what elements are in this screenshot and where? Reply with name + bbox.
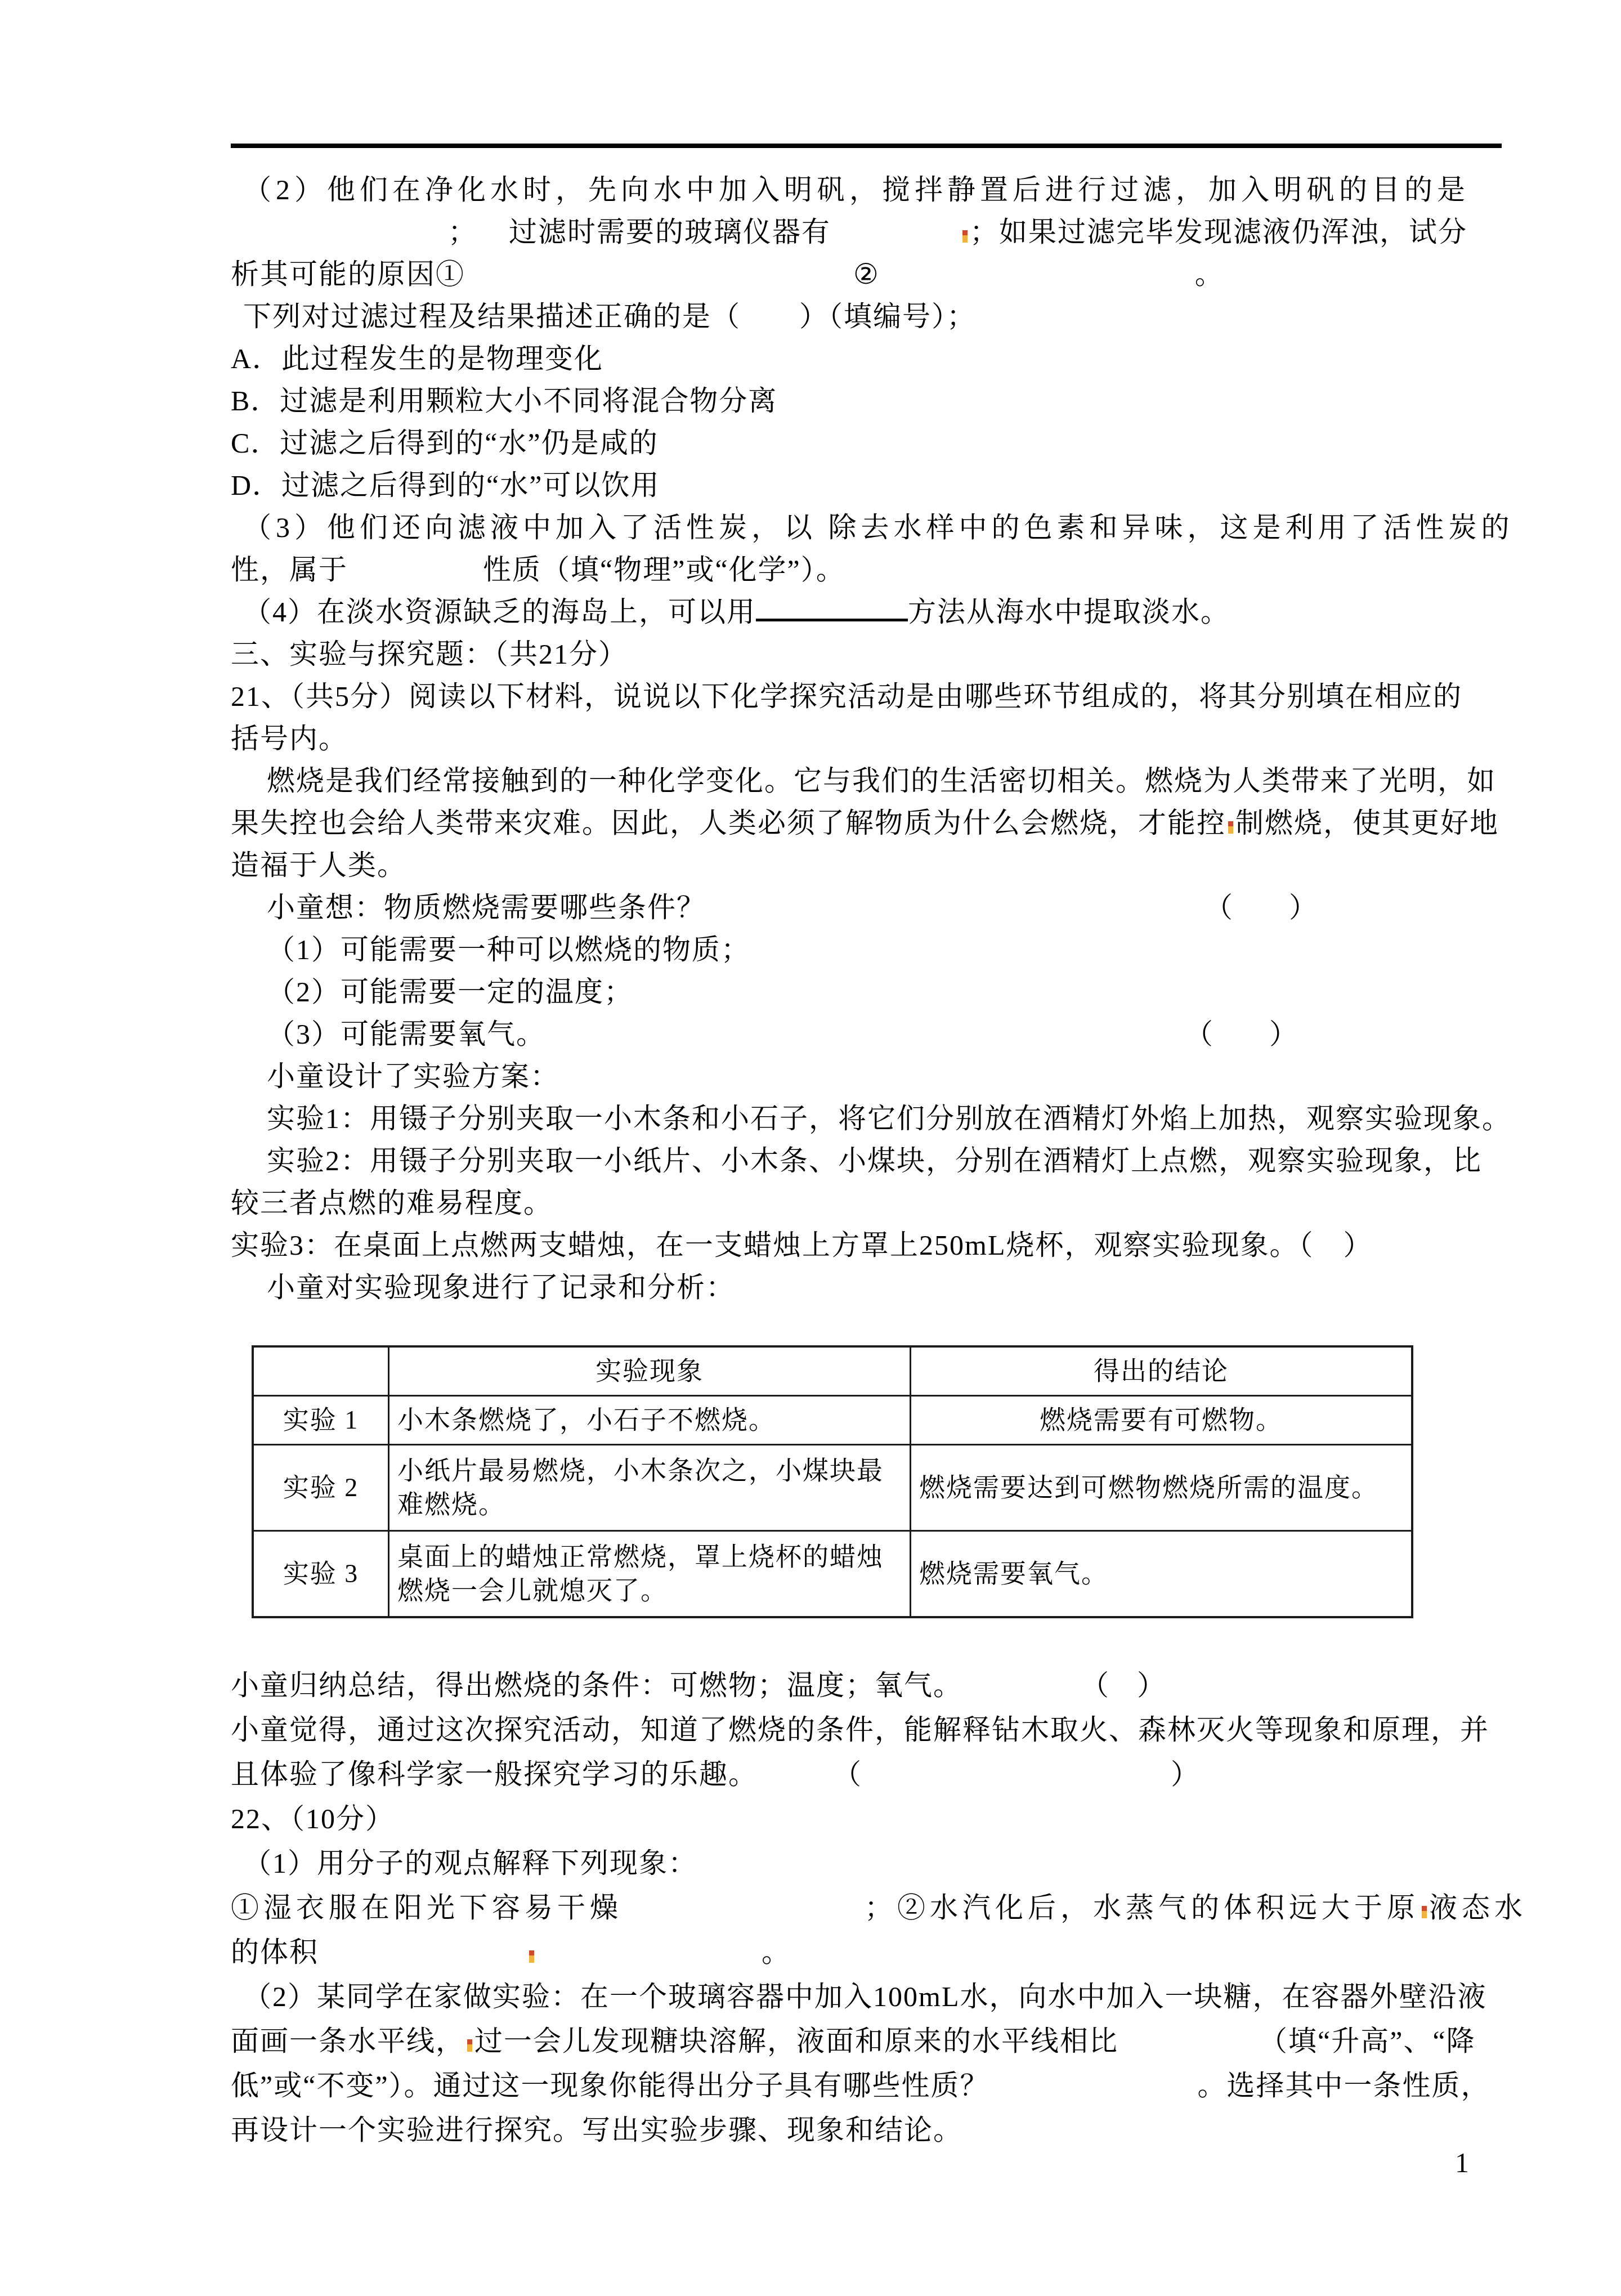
text: ②: [853, 258, 880, 290]
text: 性质（填“物理”或“化学”）。: [483, 554, 845, 585]
text: 实验3：在桌面上点燃两支蜡烛，在一支蜡烛上方罩上250mL烧杯，观察实验现象。（…: [231, 1229, 1372, 1261]
line-q3-intro: （3）他们还向滤液中加入了活性炭，以 除去水样中的色素和异味，这是利用了活性炭的: [231, 507, 1502, 549]
fill-in-blank: [623, 1910, 865, 1917]
line-reflection-1: 小童觉得，通过这次探究活动，知道了燃烧的条件，能解释钻木取火、森林灭火等现象和原…: [231, 1708, 1502, 1752]
table-header-empty: [253, 1346, 389, 1396]
text: C．过滤之后得到的“水”仍是咸的: [231, 427, 659, 459]
fill-in-blank: [465, 277, 853, 284]
fill-in-blank: [1118, 2044, 1259, 2051]
fill-in-blank: [319, 1955, 527, 1962]
text: 实验2：用镊子分别夹取一小纸片、小木条、小煤块，分别在酒精灯上点燃，观察实验现象…: [267, 1145, 1482, 1176]
text: D．过滤之后得到的“水”可以饮用: [231, 469, 660, 501]
line-hypothesis-2: （2）可能需要一定的温度；: [231, 971, 1502, 1013]
line-passage-1: 燃烧是我们经常接触到的一种化学变化。它与我们的生活密切相关。燃烧为人类带来了光明…: [231, 760, 1502, 802]
text: ；如果过滤完毕发现滤液仍浑浊，试分: [970, 216, 1467, 248]
text: 析其可能的原因①: [231, 258, 465, 290]
answer-paren: （ ）: [1185, 1013, 1297, 1055]
table-cell-label: 实验 3: [253, 1531, 389, 1618]
text: 再设计一个实验进行探究。写出实验步骤、现象和结论。: [231, 2114, 962, 2146]
line-hypothesis-1: （1）可能需要一种可以燃烧的物质；: [231, 929, 1502, 971]
text: 。: [762, 1936, 791, 1968]
line-passage-2: 果失控也会给人类带来灾难。因此，人类必须了解物质为什么会燃烧，才能控制燃烧，使其…: [231, 802, 1502, 844]
text: 实验1：用镊子分别夹取一小木条和小石子，将它们分别放在酒精灯外焰上加热，观察实验…: [267, 1103, 1511, 1134]
text: （3）可能需要氧气。: [267, 1018, 545, 1050]
line-experiment-1: 实验1：用镊子分别夹取一小木条和小石子，将它们分别放在酒精灯外焰上加热，观察实验…: [231, 1098, 1502, 1140]
table-cell-conclusion: 燃烧需要有可燃物。: [911, 1396, 1413, 1445]
line-section-3-heading: 三、实验与探究题：（共21分）: [231, 633, 1502, 675]
artifact-mark: [529, 1950, 534, 1963]
line-question-think: 小童想：物质燃烧需要哪些条件？（ ）: [231, 887, 1502, 929]
line-q2-blanks: ；过滤时需要的玻璃仪器有；如果过滤完毕发现滤液仍浑浊，试分: [231, 211, 1502, 253]
line-option-b: B．过滤是利用颗粒大小不同将混合物分离: [231, 380, 1502, 422]
text: A．此过程发生的是物理变化: [231, 343, 603, 374]
line-q21-intro: 21、（共5分）阅读以下材料，说说以下化学探究活动是由哪些环节组成的，将其分别填…: [231, 675, 1502, 718]
text: 。选择其中一条性质，: [1198, 2070, 1490, 2101]
line-experiment-3: 实验3：在桌面上点燃两支蜡烛，在一支蜡烛上方罩上250mL烧杯，观察实验现象。（…: [231, 1224, 1502, 1266]
document-page: （2）他们在净化水时，先向水中加入明矾，搅拌静置后进行过滤，加入明矾的目的是 ；…: [0, 0, 1621, 2296]
answer-paren: （ ）: [1204, 887, 1317, 929]
text: 22、（10分）: [231, 1803, 395, 1834]
text: 小童想：物质燃烧需要哪些条件？: [267, 892, 706, 923]
artifact-mark: [1422, 1906, 1427, 1918]
table-cell-phenomenon: 小木条燃烧了，小石子不燃烧。: [389, 1396, 911, 1445]
table-cell-conclusion: 燃烧需要达到可燃物燃烧所需的温度。: [911, 1445, 1413, 1531]
fill-in-blank: [536, 1955, 762, 1962]
fill-in-blank: [348, 572, 483, 579]
table-cell-label: 实验 1: [253, 1396, 389, 1445]
text: 括号内。: [231, 723, 348, 754]
line-q21-intro-2: 括号内。: [231, 718, 1502, 760]
text: 面画一条水平线，: [231, 2025, 465, 2057]
table-header-row: 实验现象 得出的结论: [253, 1346, 1412, 1396]
line-record-intro: 小童对实验现象进行了记录和分析：: [231, 1266, 1502, 1309]
line-q22-2-intro: （2）某同学在家做实验：在一个玻璃容器中加入100mL水，向水中加入一块糖，在容…: [231, 1975, 1502, 2019]
line-passage-3: 造福于人类。: [231, 844, 1502, 887]
line-experiment-2: 实验2：用镊子分别夹取一小纸片、小木条、小煤块，分别在酒精灯上点燃，观察实验现象…: [231, 1140, 1502, 1182]
text: 三、实验与探究题：（共21分）: [231, 638, 628, 670]
line-q22-1-cont: 的体积。: [231, 1930, 1502, 1975]
table-cell-phenomenon: 小纸片最易燃烧，小木条次之，小煤块最难燃烧。: [389, 1445, 911, 1531]
line-q3-blank: 性，属于性质（填“物理”或“化学”）。: [231, 549, 1502, 591]
text: ；: [448, 216, 477, 248]
fill-in-blank: [880, 277, 1195, 284]
line-experiment-2-cont: 较三者点燃的难易程度。: [231, 1182, 1502, 1224]
spacer: [477, 235, 509, 241]
text: 且体验了像科学家一般探究学习的乐趣。: [231, 1758, 758, 1790]
line-hypothesis-3: （3）可能需要氧气。（ ）: [231, 1013, 1502, 1055]
text: 过滤时需要的玻璃仪器有: [509, 216, 831, 248]
line-option-c: C．过滤之后得到的“水”仍是咸的: [231, 422, 1502, 464]
table-row: 实验 1 小木条燃烧了，小石子不燃烧。 燃烧需要有可燃物。: [253, 1396, 1412, 1445]
text: （1）用分子的观点解释下列现象：: [243, 1847, 697, 1879]
table-header-phenomenon: 实验现象: [389, 1346, 911, 1396]
fill-in-blank: [989, 2088, 1198, 2095]
table-row: 实验 3 桌面上的蜡烛正常燃烧，罩上烧杯的蜡烛燃烧一会儿就熄灭了。 燃烧需要氧气…: [253, 1531, 1412, 1618]
answer-paren-close: ）: [1171, 1752, 1199, 1797]
text: 方法从海水中提取淡水。: [908, 596, 1230, 628]
artifact-mark: [962, 230, 968, 243]
line-q22-2-cont-1: 面画一条水平线，过一会儿发现糖块溶解，液面和原来的水平线相比（填“升高”、“降: [231, 2019, 1502, 2064]
text: 下列对过滤过程及结果描述正确的是（ ）（填编号）；: [243, 301, 976, 332]
artifact-mark: [1228, 821, 1233, 834]
line-plan-intro: 小童设计了实验方案：: [231, 1055, 1502, 1098]
text: 较三者点燃的难易程度。: [231, 1187, 553, 1219]
text: 小童设计了实验方案：: [267, 1060, 559, 1092]
experiment-table: 实验现象 得出的结论 实验 1 小木条燃烧了，小石子不燃烧。 燃烧需要有可燃物。…: [252, 1345, 1413, 1618]
line-choice-stem: 下列对过滤过程及结果描述正确的是（ ）（填编号）；: [231, 296, 1502, 338]
page-number: 1: [1455, 2146, 1469, 2179]
artifact-mark: [467, 2039, 472, 2052]
line-q2-reasons: 析其可能的原因①②。: [231, 253, 1502, 296]
text: ①湿衣服在阳光下容易干燥: [231, 1892, 623, 1923]
line-q22-1-items: ①湿衣服在阳光下容易干燥；②水汽化后，水蒸气的体积远大于原液态水: [231, 1886, 1502, 1930]
answer-paren: （ ）: [1081, 1663, 1165, 1708]
text: 造福于人类。: [231, 849, 406, 881]
text: 制燃烧，使其更好地: [1235, 807, 1499, 839]
fill-in-blank-underlined: [756, 610, 908, 621]
text: 21、（共5分）阅读以下材料，说说以下化学探究活动是由哪些环节组成的，将其分别填…: [231, 681, 1462, 712]
table-cell-conclusion: 燃烧需要氧气。: [911, 1531, 1413, 1618]
line-option-d: D．过滤之后得到的“水”可以饮用: [231, 464, 1502, 507]
line-summary: 小童归纳总结，得出燃烧的条件：可燃物；温度；氧气。（ ）: [231, 1663, 1502, 1708]
text: 小童对实验现象进行了记录和分析：: [267, 1272, 735, 1303]
text: 性，属于: [231, 554, 348, 585]
line-q22-2-cont-2: 低”或“不变”）。通过这一现象你能得出分子具有哪些性质？。选择其中一条性质，: [231, 2064, 1502, 2108]
line-q22-2-cont-3: 再设计一个实验进行探究。写出实验步骤、现象和结论。: [231, 2108, 1502, 2152]
fill-in-blank: [231, 235, 448, 241]
text: （2）他们在净化水时，先向水中加入明矾，搅拌静置后进行过滤，加入明矾的目的是: [243, 174, 1470, 205]
text: 过一会儿发现糖块溶解，液面和原来的水平线相比: [474, 2025, 1118, 2057]
answer-paren-open: （: [833, 1752, 861, 1797]
text: 燃烧是我们经常接触到的一种化学变化。它与我们的生活密切相关。燃烧为人类带来了光明…: [267, 765, 1496, 796]
text: （1）可能需要一种可以燃烧的物质；: [267, 934, 750, 965]
table-header-conclusion: 得出的结论: [911, 1346, 1413, 1396]
table-cell-phenomenon: 桌面上的蜡烛正常燃烧，罩上烧杯的蜡烛燃烧一会儿就熄灭了。: [389, 1531, 911, 1618]
text: （填“升高”、“降: [1259, 2025, 1476, 2057]
text: 。: [1195, 258, 1224, 290]
text: （2）某同学在家做实验：在一个玻璃容器中加入100mL水，向水中加入一块糖，在容…: [243, 1981, 1486, 2012]
table-cell-label: 实验 2: [253, 1445, 389, 1531]
text: 液态水: [1429, 1892, 1527, 1923]
line-q4: （4）在淡水资源缺乏的海岛上，可以用方法从海水中提取淡水。: [231, 591, 1502, 633]
line-q22-heading: 22、（10分）: [231, 1797, 1502, 1841]
top-rule: [231, 144, 1502, 148]
text: 低”或“不变”）。通过这一现象你能得出分子具有哪些性质？: [231, 2070, 989, 2101]
table-row: 实验 2 小纸片最易燃烧，小木条次之，小煤块最难燃烧。 燃烧需要达到可燃物燃烧所…: [253, 1445, 1412, 1531]
text: B．过滤是利用颗粒大小不同将混合物分离: [231, 385, 777, 417]
line-reflection-2: 且体验了像科学家一般探究学习的乐趣。（）: [231, 1752, 1502, 1797]
text: （2）可能需要一定的温度；: [267, 976, 633, 1008]
text: 小童觉得，通过这次探究活动，知道了燃烧的条件，能解释钻木取火、森林灭火等现象和原…: [231, 1714, 1489, 1746]
page-content: （2）他们在净化水时，先向水中加入明矾，搅拌静置后进行过滤，加入明矾的目的是 ；…: [231, 144, 1502, 2152]
line-option-a: A．此过程发生的是物理变化: [231, 338, 1502, 380]
text: 的体积: [231, 1936, 319, 1968]
text: 果失控也会给人类带来灾难。因此，人类必须了解物质为什么会燃烧，才能控: [231, 807, 1226, 839]
text: （4）在淡水资源缺乏的海岛上，可以用: [243, 596, 756, 628]
text: （3）他们还向滤液中加入了活性炭，以 除去水样中的色素和异味，这是利用了活性炭的: [243, 512, 1514, 543]
line-q22-1-intro: （1）用分子的观点解释下列现象：: [231, 1841, 1502, 1886]
fill-in-blank: [831, 235, 960, 241]
line-q2-intro: （2）他们在净化水时，先向水中加入明矾，搅拌静置后进行过滤，加入明矾的目的是: [231, 169, 1502, 211]
text: 小童归纳总结，得出燃烧的条件：可燃物；温度；氧气。: [231, 1670, 962, 1701]
text: ；②水汽化后，水蒸气的体积远大于原: [865, 1892, 1420, 1923]
